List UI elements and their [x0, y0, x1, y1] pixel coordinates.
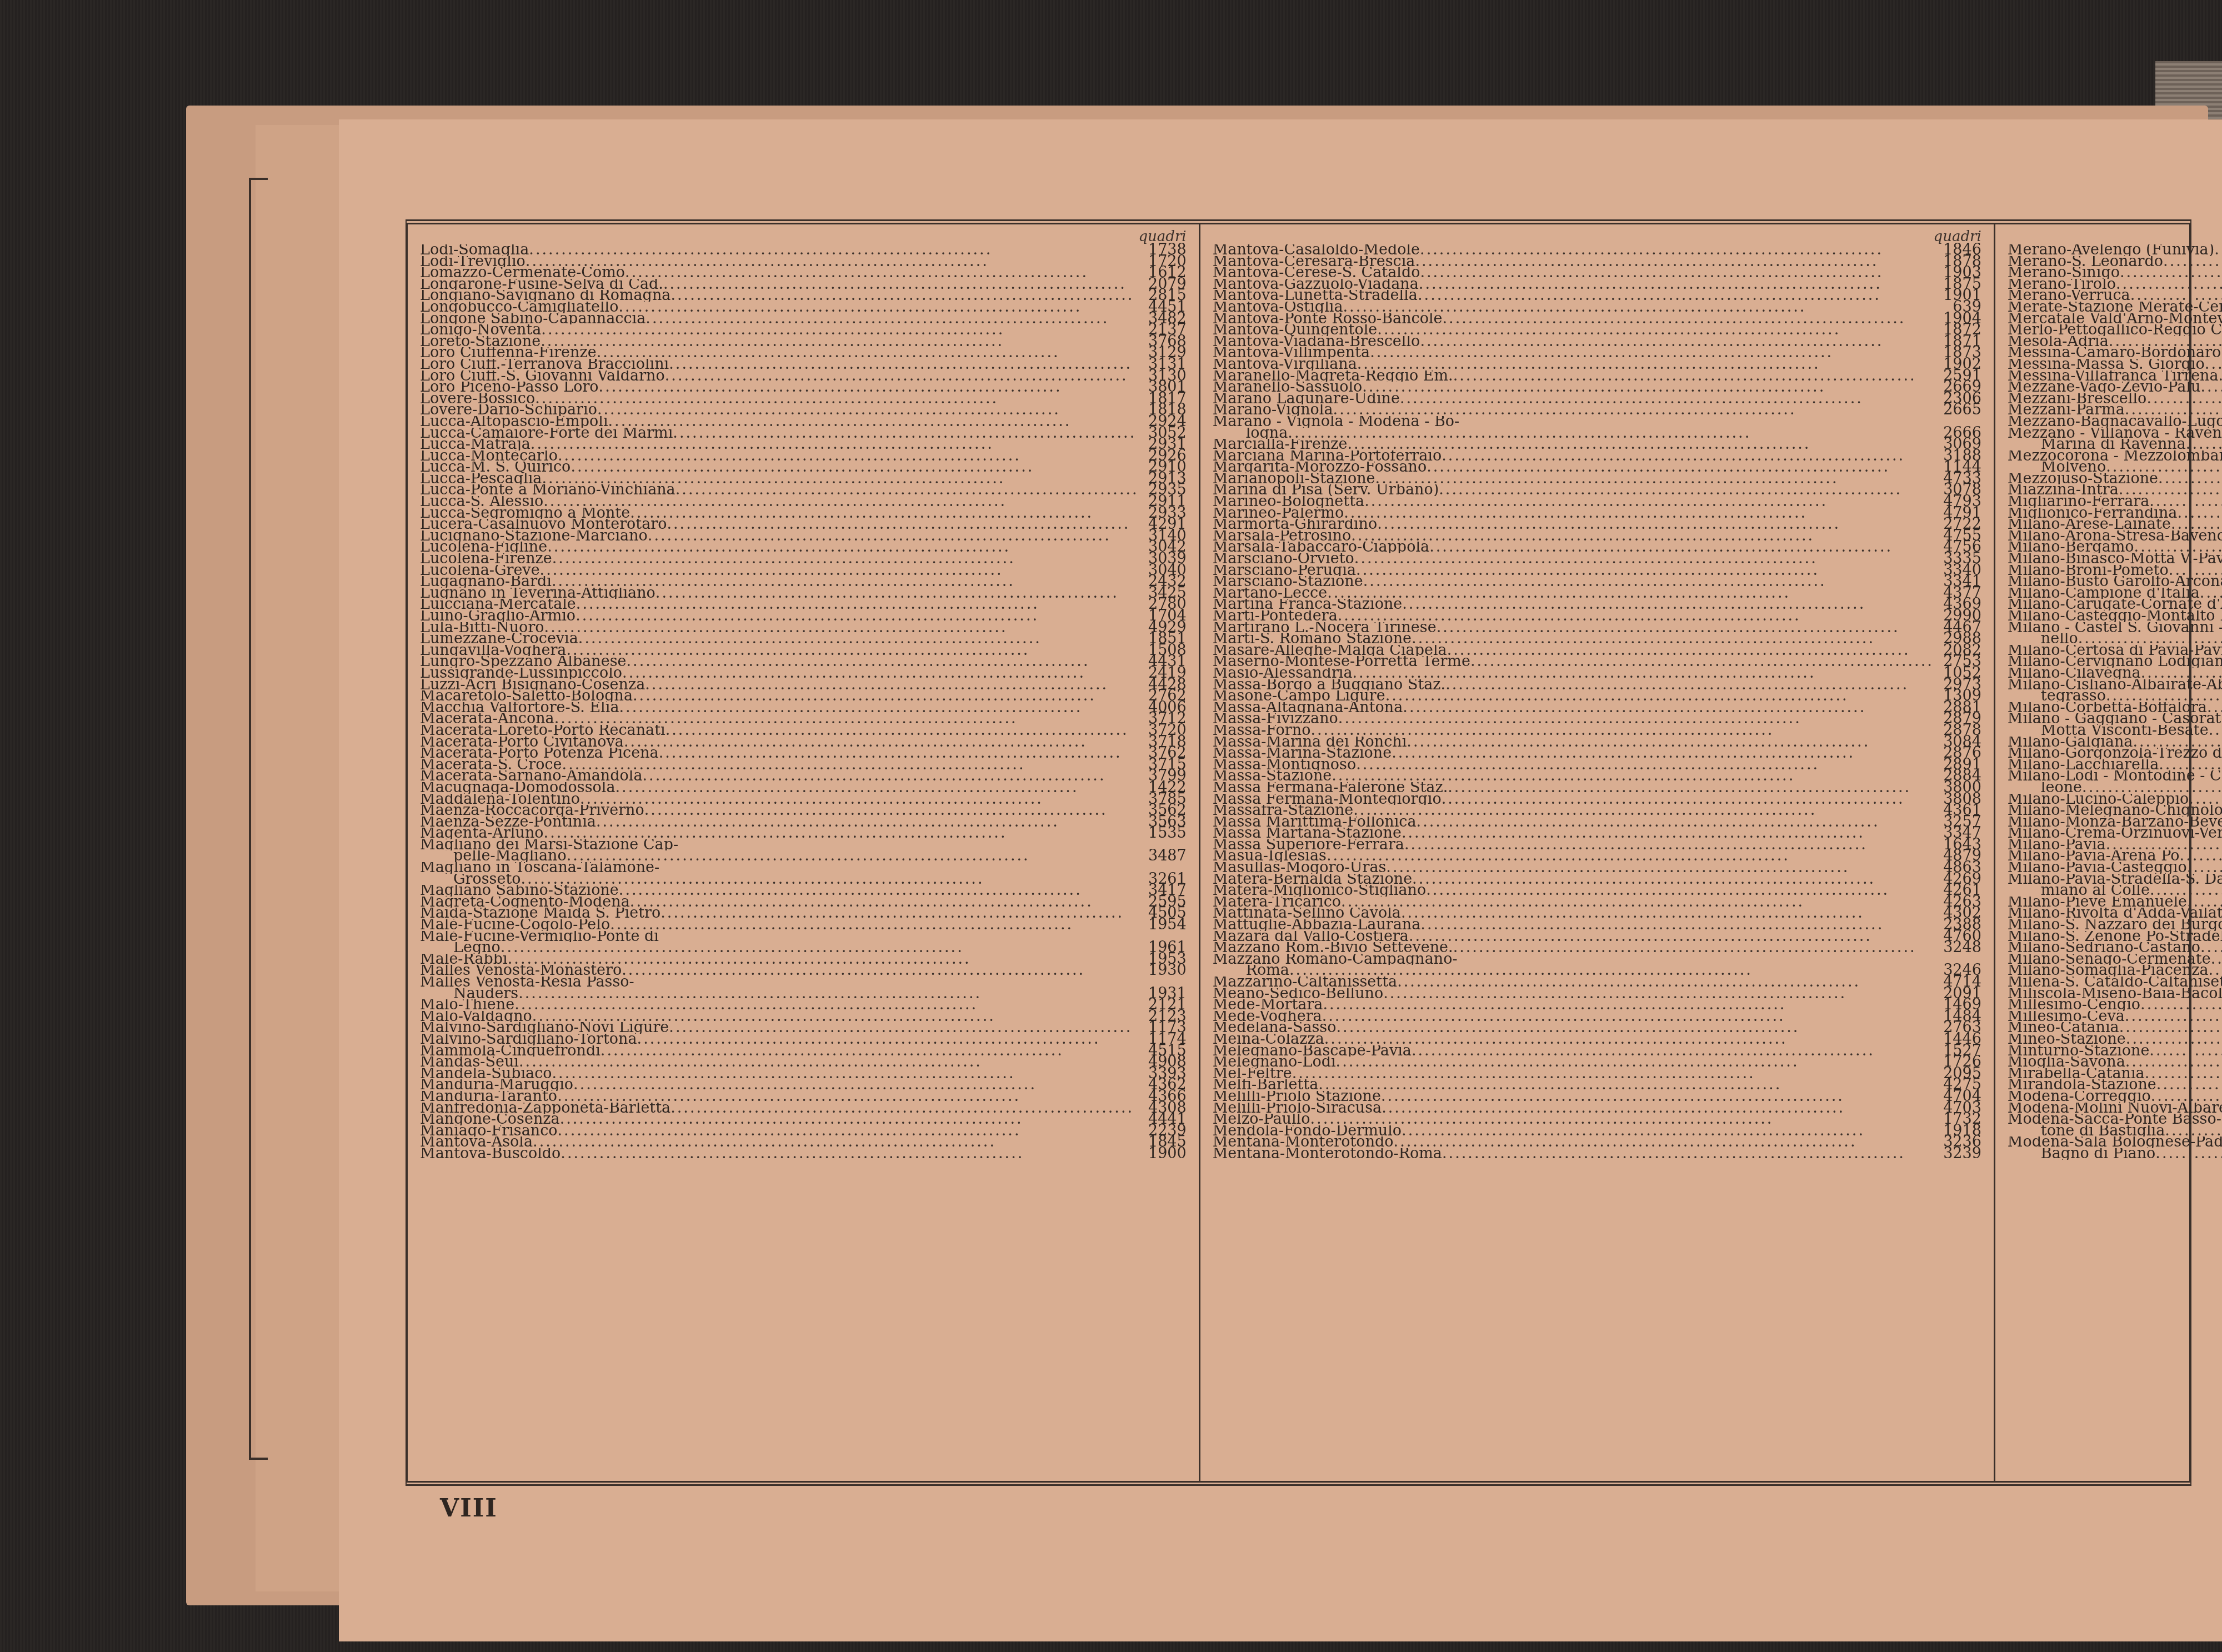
- index-entry: Martina Franca-Stazione4369: [1213, 599, 1981, 610]
- entry-name-cont: Motta Visconti-Besate: [2041, 725, 2209, 737]
- index-entry: Mazzano Rom.-Bivio Settevene.3248: [1213, 942, 1981, 954]
- index-entry: Mantova-Virgiliana1902: [1213, 359, 1981, 371]
- entry-name: Mel-Feltre: [1213, 1068, 1292, 1080]
- entry-name: Lucca-Pescaglia: [420, 473, 542, 485]
- dot-leader: [2130, 290, 2222, 302]
- index-entry: Mantova-Casaloldo-Medole1846: [1213, 244, 1981, 256]
- index-entry: Maranello-Sassuolo2669: [1213, 382, 1981, 393]
- dot-leader: [1322, 1011, 1934, 1023]
- index-entry: Milano-Corbetta-Boffalora1578: [2008, 702, 2222, 714]
- dot-leader: [2141, 668, 2222, 679]
- index-entry: Messina-Camaro-Bordonaro4603: [2008, 347, 2222, 359]
- entry-name: Merlo-Pettogallico-Reggio Cal.: [2008, 324, 2222, 336]
- entry-name: Malo-Thiene: [420, 999, 514, 1011]
- entry-name: Lonigo-Noventa: [420, 324, 541, 336]
- entry-name: Milano-Arese-Lainate: [2008, 519, 2171, 530]
- dot-leader: [2180, 850, 2222, 862]
- dot-leader: [1439, 484, 1934, 496]
- index-entry: Marineo-Bolognetta4793: [1213, 496, 1981, 508]
- index-entry: Marsciano-Stazione3341: [1213, 576, 1981, 588]
- entry-name: Massa-Fivizzano: [1213, 713, 1338, 725]
- index-entry: Macerata-Loreto-Porto Recanati3720: [420, 725, 1187, 737]
- dot-leader: [557, 1091, 1139, 1103]
- index-entry: Milano-Gorgonzola-Trezzo d'Adda1752: [2008, 748, 2222, 759]
- index-entry: Maenza-Sezze-Pontinia3563: [420, 817, 1187, 828]
- entry-name: Milano - Castel S. Giovanni - Pia-: [2008, 622, 2222, 634]
- entry-name: Longiano-Savignano di Romagna: [420, 290, 670, 302]
- entry-name: Mesola-Adria: [2008, 336, 2109, 348]
- dot-leader: [529, 244, 1138, 256]
- entry-table-number: 2665: [1934, 404, 1981, 416]
- index-entry: Milano-Pavia-Stradella-S. Da-miano al Co…: [2008, 874, 2222, 897]
- index-entry: Mantova-Cerese-S. Cataldo1903: [1213, 267, 1981, 279]
- entry-continuation: Roma3246: [1213, 965, 1981, 977]
- index-entry: Macaretolo-Saletto-Bologna2762: [420, 690, 1187, 702]
- index-entry: Mantova-Gazzuolo-Viadana1875: [1213, 279, 1981, 291]
- entry-name: Mendola-Fondo-Dermulo: [1213, 1125, 1402, 1137]
- entry-name: Milano-Somaglia-Piacenza: [2008, 965, 2209, 977]
- index-entry: Marti-Pontedera2990: [1213, 610, 1981, 622]
- entry-name: Mezzano-Bagnacavallo-Lugo: [2008, 416, 2222, 428]
- dot-leader: [655, 588, 1139, 599]
- dot-leader: [519, 1057, 1139, 1068]
- dot-leader: [2156, 1079, 2222, 1091]
- index-entry: Milano-Melegnano-Chignolo Po1555: [2008, 805, 2222, 817]
- index-entry: Milano-Binasco-Motta V.-Pavia1550: [2008, 553, 2222, 565]
- entry-name: Massafra-Stazione: [1213, 805, 1354, 817]
- entry-name: Miliscola-Miseno-Baia-Bacoli: [2008, 988, 2222, 1000]
- entry-continuation: Motta Visconti-Besate1534: [2008, 725, 2222, 737]
- index-entry: Mattinata-Sellino Cavola4302: [1213, 908, 1981, 919]
- dot-leader: [576, 599, 1139, 610]
- entry-name: Melzo-Paullo: [1213, 1114, 1310, 1125]
- entry-name: Longobucco-Camigliatello: [420, 302, 618, 313]
- entry-name: Melilli-Priolo Stazione: [1213, 1091, 1381, 1103]
- entry-name: Lungavilla-Voghera: [420, 645, 566, 657]
- entry-name: Mineo-Catania: [2008, 1022, 2119, 1034]
- dot-leader: [2133, 737, 2222, 748]
- dot-leader: [547, 542, 1138, 553]
- index-entry: Milano-Pavia-Casteggio1547: [2008, 862, 2222, 874]
- dot-leader: [526, 256, 1139, 268]
- entry-continuation: Legno1961: [420, 942, 1187, 954]
- index-entry: Masio-Alessandria1052: [1213, 668, 1981, 679]
- index-entry: Mazzarino-Caltanissetta4714: [1213, 977, 1981, 988]
- entry-name: Miglionico-Ferrandina: [2008, 508, 2178, 519]
- entry-name: Matera-Tricarico: [1213, 897, 1341, 908]
- entry-name: Massa-Stazione: [1213, 770, 1332, 782]
- dot-leader: [2211, 954, 2222, 965]
- dot-leader: [645, 679, 1138, 691]
- dot-leader: [1356, 565, 1934, 577]
- entry-name: Lucolena-Greve: [420, 565, 540, 577]
- entry-name: Mineo-Stazione: [2008, 1034, 2126, 1045]
- index-entry: Mantova-Ostiglia639: [1213, 302, 1981, 313]
- dot-leader: [2149, 1045, 2222, 1057]
- entry-name: Malvino-Sardigliano-Tortona: [420, 1034, 637, 1045]
- dot-leader: [1351, 530, 1934, 542]
- entry-name: Mentana-Monterotondo: [1213, 1137, 1394, 1148]
- entry-name: Marti-Pontedera: [1213, 610, 1338, 622]
- entry-name: Lomazzo-Cermenate-Como: [420, 267, 625, 279]
- dot-leader: [1394, 1137, 1934, 1148]
- entry-name: Macerata-S. Croce: [420, 759, 562, 771]
- index-entry: Mezzocorona - Mezzolombardo -Molveno1974: [2008, 450, 2222, 473]
- entry-name: Lumezzane-Crocevia: [420, 633, 578, 645]
- index-entry: Miliscola-Miseno-Baia-Bacoli4112: [2008, 988, 2222, 1000]
- entry-name: Maenza-Roccacorga-Priverno: [420, 805, 644, 817]
- index-entry: Malles Venosta-Monastero1930: [420, 965, 1187, 977]
- entry-name: Macugnaga-Domodossola: [420, 782, 615, 794]
- entry-name: Massa-Marina-Stazione: [1213, 748, 1392, 759]
- dot-leader: [1327, 588, 1934, 599]
- entry-name: Loreto-Stazione: [420, 336, 541, 348]
- index-entry: Lugnano in Teverina-Attigliano3425: [420, 588, 1187, 599]
- entry-name: Loro Piceno-Passo Loro: [420, 382, 599, 393]
- dot-leader: [573, 1079, 1139, 1091]
- entry-name-cont: tegrasso: [2041, 690, 2106, 702]
- index-entry: Loro Piceno-Passo Loro3801: [420, 382, 1187, 393]
- entry-continuation: pelle-Magliano3487: [420, 850, 1187, 862]
- entry-name: Lucca-Altopascio-Empoli: [420, 416, 608, 428]
- entry-name: Magliano in Toscana-Talamone-: [420, 862, 1187, 874]
- index-entry: Milano-Cilavegna1561: [2008, 668, 2222, 679]
- dot-leader: [1417, 817, 1934, 828]
- dot-leader: [2120, 267, 2222, 279]
- entry-name: Mezzano - Villanova - Ravenna -: [2008, 428, 2222, 439]
- index-entry: Mantova-Ceresara-Brescia1878: [1213, 256, 1981, 268]
- index-entry: Mentana-Monterotondo3236: [1213, 1137, 1981, 1148]
- dot-leader: [2126, 1034, 2222, 1045]
- dot-leader: [637, 1034, 1139, 1045]
- entry-name: Mentana-Monterotondo-Roma: [1213, 1148, 1442, 1160]
- dot-leader: [558, 450, 1139, 462]
- dot-leader: [644, 805, 1139, 817]
- index-entry: Lucolena-Greve3040: [420, 565, 1187, 577]
- entry-name: Loro Ciuffenna-Firenze: [420, 347, 597, 359]
- index-entry: Massa Superiore-Ferrara1643: [1213, 839, 1981, 851]
- dot-leader: [1427, 462, 1934, 473]
- index-entry: Merano-Sinigo1927: [2008, 267, 2222, 279]
- dot-leader: [600, 1045, 1139, 1057]
- entry-continuation: Nauders1931: [420, 988, 1187, 1000]
- index-entry: Milano-Casteggio-Montalto Pavese1542: [2008, 610, 2222, 622]
- dot-leader: [2082, 782, 2222, 794]
- dot-leader: [1400, 393, 1934, 405]
- dot-leader: [2189, 794, 2222, 805]
- index-entry: Loro Ciuff.-S. Giovanni Valdarno3130: [420, 371, 1187, 382]
- entry-name: Meano-Sedico-Belluno: [1213, 988, 1384, 1000]
- dot-leader: [1381, 1091, 1934, 1103]
- index-entry: Melegnano-Bascapè-Pavia1527: [1213, 1045, 1981, 1057]
- index-entry: Massa-Montignoso2891: [1213, 759, 1981, 771]
- dot-leader: [552, 1068, 1139, 1080]
- index-entry: Millesimo-Ceva1295: [2008, 1011, 2222, 1023]
- entry-name-cont: tone di Bastiglia: [2041, 1125, 2165, 1137]
- column-header: quadri: [2008, 229, 2222, 244]
- index-entry: Lomazzo-Cermenate-Como1612: [420, 267, 1187, 279]
- index-entry: Milano-Arona-Stresa-Baveno1987: [2008, 530, 2222, 542]
- index-entry: Merano-Avelengo (Funivia)1926: [2008, 244, 2222, 256]
- dot-leader: [2119, 484, 2222, 496]
- entry-table-number: 3487: [1139, 850, 1187, 862]
- dot-leader: [554, 713, 1139, 725]
- dot-leader: [1323, 999, 1933, 1011]
- entry-name: Milano-Lodi - Montodine - Castel-: [2008, 770, 2222, 782]
- index-entry: Miazzina-Intra1421: [2008, 484, 2222, 496]
- entry-name: Mirabella-Catania: [2008, 1068, 2145, 1080]
- entry-name: Merano-Avelengo (Funivia): [2008, 244, 2214, 256]
- entry-name: Lugagnano-Bardi: [420, 576, 552, 588]
- entry-name: Millesimo-Cengio: [2008, 999, 2140, 1011]
- index-entry: Macchia Valfortore-S. Elia4006: [420, 702, 1187, 714]
- index-entry: Manfredonia-Zapponeta-Barletta4308: [420, 1103, 1187, 1114]
- index-entry: Massa Martana-Stazione3347: [1213, 828, 1981, 839]
- dot-leader: [660, 908, 1138, 919]
- dot-leader: [622, 965, 1138, 977]
- index-entry: Migliarino-Ferrara2697: [2008, 496, 2222, 508]
- entry-name: Marmorta-Ghirardino: [1213, 519, 1378, 530]
- entry-name: Milena-S. Cataldo-Caltanisetta: [2008, 977, 2222, 988]
- entry-continuation: Marina di Ravenna2812: [2008, 439, 2222, 450]
- dot-leader: [2150, 885, 2222, 897]
- index-entry: Milano-Lacchiarella1559: [2008, 759, 2222, 771]
- entry-name: Masone-Campo Ligure: [1213, 690, 1385, 702]
- dot-leader: [1310, 725, 1933, 737]
- index-entry: Mezzojuso-Stazione4801: [2008, 473, 2222, 485]
- dot-leader: [1447, 645, 1934, 657]
- index-entry: Mezzano - Villanova - Ravenna -Marina di…: [2008, 428, 2222, 450]
- index-entry: Mazara dal Vallo-Costiera4760: [1213, 931, 1981, 943]
- index-entry: Milano-Cervignano Lodigiano1569: [2008, 656, 2222, 668]
- index-entry: Lucca-Segromigno a Monte2933: [420, 508, 1187, 519]
- dot-leader: [552, 553, 1139, 565]
- index-entry: Mezzani-Brescello2522: [2008, 393, 2222, 405]
- dot-leader: [643, 770, 1139, 782]
- entry-name: Melegnano-Bascapè-Pavia: [1213, 1045, 1412, 1057]
- index-entry: Milano-Pieve Emanuele1566: [2008, 897, 2222, 908]
- dot-leader: [560, 1114, 1139, 1125]
- dot-leader: [625, 267, 1139, 279]
- entry-name: Mazara dal Vallo-Costiera: [1213, 931, 1409, 943]
- entry-name: Masarè-Alleghe-Malga Ciapela: [1213, 645, 1447, 657]
- dot-leader: [2151, 1091, 2222, 1103]
- dot-leader: [648, 530, 1139, 542]
- index-entry: Magliano Sabino-Stazione3417: [420, 885, 1187, 897]
- dot-leader: [1442, 450, 1934, 462]
- index-entry: Mattuglie-Abbazia-Laurana2388: [1213, 919, 1981, 931]
- dot-leader: [619, 702, 1139, 714]
- index-entry: Masua-Iglesias4879: [1213, 850, 1981, 862]
- dot-leader: [1409, 931, 1934, 943]
- index-entry: Macerata-S. Croce3715: [420, 759, 1187, 771]
- entry-name-cont: miano al Colle: [2041, 885, 2150, 897]
- entry-name: Magreta-Cognento-Modena: [420, 897, 630, 908]
- index-entry: Melilli-Priolo Stazione4704: [1213, 1091, 1981, 1103]
- dot-leader: [665, 725, 1139, 737]
- dot-leader: [1420, 244, 1934, 256]
- entry-name: Maranello-Sassuolo: [1213, 382, 1363, 393]
- index-entry: Mantova-Villimpenta1873: [1213, 347, 1981, 359]
- entry-name: Milano-Pavia-Arena Po: [2008, 850, 2180, 862]
- underlying-page-frame: [249, 178, 268, 1460]
- entry-name: Manduria-Maruggio: [420, 1079, 573, 1091]
- index-entry: Milano-Pavia-Arena Po1530: [2008, 850, 2222, 862]
- dot-leader: [580, 794, 1139, 805]
- entry-name: Lucca-M. S. Quirico: [420, 462, 570, 473]
- index-entry: Milano-S. Zenone Po-Stradella1539: [2008, 931, 2222, 943]
- index-table: quadri Lodi-Somaglia1738Lodi-Treviglio17…: [406, 219, 2191, 1486]
- dot-leader: [1341, 897, 1934, 908]
- index-entry: Merate-Stazione Merate-Cernusco1649: [2008, 302, 2222, 313]
- index-entry: Maddalena-Tolentino3785: [420, 794, 1187, 805]
- entry-name: Mantova-Villimpenta: [1213, 347, 1370, 359]
- index-entry: Maniago-Frisanco2239: [420, 1125, 1187, 1137]
- index-entry: Mede-Voghera1484: [1213, 1011, 1981, 1023]
- entry-name: Maranello-Magreta-Reggio Em.: [1213, 371, 1453, 382]
- entry-name: Merano-Verruca: [2008, 290, 2130, 302]
- column-header: quadri: [1213, 229, 1981, 244]
- index-entry: Milano-Broni-Pometo1543: [2008, 565, 2222, 577]
- entry-name: Marsciano-Perugia: [1213, 565, 1356, 577]
- entry-name: Lungro-Spezzano Albanese: [420, 656, 627, 668]
- entry-name: Massa-Montignoso: [1213, 759, 1357, 771]
- dot-leader: [2145, 1068, 2222, 1080]
- dot-leader: [2159, 759, 2222, 771]
- index-entry: Mazzano Romano-Campagnano-Roma3246: [1213, 954, 1981, 977]
- index-entry: Milano-Lucino-Caleppio1571: [2008, 794, 2222, 805]
- entry-name: Merano-S. Leonardo: [2008, 256, 2163, 268]
- entry-name: Massa-Borgo a Buggiano Staz.: [1213, 679, 1446, 691]
- entry-name: Mantova-Asola: [420, 1137, 533, 1148]
- dot-leader: [2106, 839, 2222, 851]
- dot-leader: [1356, 759, 1934, 771]
- index-entry: Loreto-Stazione3768: [420, 336, 1187, 348]
- index-entry: Milano-Cisliano-Albairate-Abbia-tegrasso…: [2008, 679, 2222, 702]
- index-entry: Marano - Vignola - Modena - Bo-logna2666: [1213, 416, 1981, 439]
- entry-name: Loro Ciuff.-S. Giovanni Valdarno: [420, 371, 665, 382]
- index-entry: Lucca-Camaiore-Forte dei Marmi3052: [420, 428, 1187, 439]
- dot-leader: [1404, 839, 1934, 851]
- index-entry: Marsciano-Orvieto3335: [1213, 553, 1981, 565]
- entry-name: Milano-Senago-Cermenate: [2008, 954, 2211, 965]
- index-entry: Malè-Rabbi1953: [420, 954, 1187, 965]
- entry-name: Mezzojuso-Stazione: [2008, 473, 2158, 485]
- entry-name: Malo-Valdagno: [420, 1011, 532, 1023]
- index-entry: Lungro-Spezzano Albanese4431: [420, 656, 1187, 668]
- index-entry: Modena-Molini Nuovi-Albareto2584: [2008, 1103, 2222, 1114]
- entry-name: Marano Lagunare-Udine: [1213, 393, 1400, 405]
- entry-name: Merate-Stazione Merate-Cernusco: [2008, 302, 2222, 313]
- entry-name: Marciana Marina-Portoferraio: [1213, 450, 1442, 462]
- entry-name: Longarone-Fusine-Selva di Cad.: [420, 279, 663, 291]
- entry-name: Milano-Melegnano-Chignolo Po: [2008, 805, 2222, 817]
- index-entry: Lodi-Treviglio1720: [420, 256, 1187, 268]
- dot-leader: [1353, 805, 1934, 817]
- dot-leader: [2140, 999, 2222, 1011]
- index-entry: Milano - Castel S. Giovanni - Pia-nello1…: [2008, 622, 2222, 645]
- index-entry: Massa-Marina-Stazione2876: [1213, 748, 1981, 759]
- index-entry: Mirabella-Catania4666: [2008, 1068, 2222, 1080]
- dot-leader: [610, 919, 1139, 931]
- entry-name: Mazzarino-Caltanissetta: [1213, 977, 1397, 988]
- entry-name: Macerata-Loreto-Porto Recanati: [420, 725, 665, 737]
- dot-leader: [596, 817, 1139, 828]
- index-entry: Lucera-Casalnuovo Monterotaro4291: [420, 519, 1187, 530]
- entry-name: Lodi-Treviglio: [420, 256, 526, 268]
- entry-name: Milano-S. Zenone Po-Stradella: [2008, 931, 2222, 943]
- dot-leader: [2209, 965, 2222, 977]
- entry-name: Milano-Campione d'Italia: [2008, 588, 2200, 599]
- entry-name: Milano-Pieve Emanuele: [2008, 897, 2187, 908]
- dot-leader: [544, 622, 1139, 634]
- entry-name: Macerata-Porto Civitanova: [420, 737, 624, 748]
- entry-name: Lovere-Bossico: [420, 393, 535, 405]
- index-entry: Mantova-Viadana-Brescello1871: [1213, 336, 1981, 348]
- entry-name: Massa Marittima-Follonica: [1213, 817, 1417, 828]
- dot-leader: [2187, 862, 2222, 874]
- dot-leader: [535, 393, 1138, 405]
- dot-leader: [508, 954, 1139, 965]
- entry-name: Manduria-Taranto: [420, 1091, 557, 1103]
- entry-name: Milano-Arona-Stresa-Baveno: [2008, 530, 2222, 542]
- entry-continuation: Molveno1974: [2008, 462, 2222, 473]
- dot-leader: [1470, 656, 1934, 668]
- entry-table-number: 3239: [1934, 1148, 1981, 1160]
- index-entry: Milano-Lodi - Montodine - Castel-leone15…: [2008, 770, 2222, 793]
- index-entry: Minturno-Stazione3568: [2008, 1045, 2222, 1057]
- index-entry: Marcialla-Firenze3069: [1213, 439, 1981, 450]
- entry-name: Mezzani-Parma: [2008, 404, 2125, 416]
- dot-leader: [2078, 633, 2222, 645]
- index-entry: Luicciana-Mercatale2780: [420, 599, 1187, 610]
- entry-name: Marsala-Tabaccaro-Ciappola: [1213, 542, 1429, 553]
- dot-leader: [566, 645, 1138, 657]
- index-entry: Malo-Valdagno2123: [420, 1011, 1187, 1023]
- entry-name: Mazzano Rom.-Bivio Settevene.: [1213, 942, 1453, 954]
- entry-name: Milano-Pavia-Stradella-S. Da-: [2008, 874, 2222, 885]
- dot-leader: [1344, 508, 1934, 519]
- dot-leader: [1407, 737, 1934, 748]
- dot-leader: [1426, 885, 1934, 897]
- dot-leader: [543, 496, 1138, 508]
- dot-leader: [1420, 336, 1933, 348]
- index-entry: Massa-Stazione2884: [1213, 770, 1981, 782]
- entry-name: Lucignano-Stazione-Marciano: [420, 530, 648, 542]
- dot-leader: [1336, 1057, 1934, 1068]
- index-entry: Marciana Marina-Portoferraio3188: [1213, 450, 1981, 462]
- index-entry: Massa Fermana-Montegiorgio3808: [1213, 794, 1981, 805]
- entry-name: Magliano Sabino-Stazione: [420, 885, 619, 897]
- entry-name: Lucolena-Firenze: [420, 553, 552, 565]
- entry-name: Milano - Gaggiano - Casorate I-: [2008, 713, 2222, 725]
- index-column-3: quadri Merano-Avelengo (Funivia)1926Mera…: [1995, 224, 2222, 1481]
- index-entry: Melilli-Priolo-Siracusa4703: [1213, 1103, 1981, 1114]
- index-column-1: quadri Lodi-Somaglia1738Lodi-Treviglio17…: [408, 224, 1200, 1481]
- index-entry: Marti-S. Romano Stazione2988: [1213, 633, 1981, 645]
- index-entry: Milano-Arese-Lainate1580: [2008, 519, 2222, 530]
- entry-name: Lucca-Ponte a Moriano-Vinchiana: [420, 484, 675, 496]
- dot-leader: [1354, 553, 1934, 565]
- dot-leader: [1375, 473, 1934, 485]
- index-entry: Lumezzane-Crocevia1851: [420, 633, 1187, 645]
- dot-leader: [1412, 633, 1934, 645]
- entry-name: Milano-Cervignano Lodigiano: [2008, 656, 2222, 668]
- dot-leader: [552, 576, 1139, 588]
- entry-name: Melilli-Priolo-Siracusa: [1213, 1103, 1382, 1114]
- dot-leader: [667, 519, 1138, 530]
- dot-leader: [1292, 1068, 1934, 1080]
